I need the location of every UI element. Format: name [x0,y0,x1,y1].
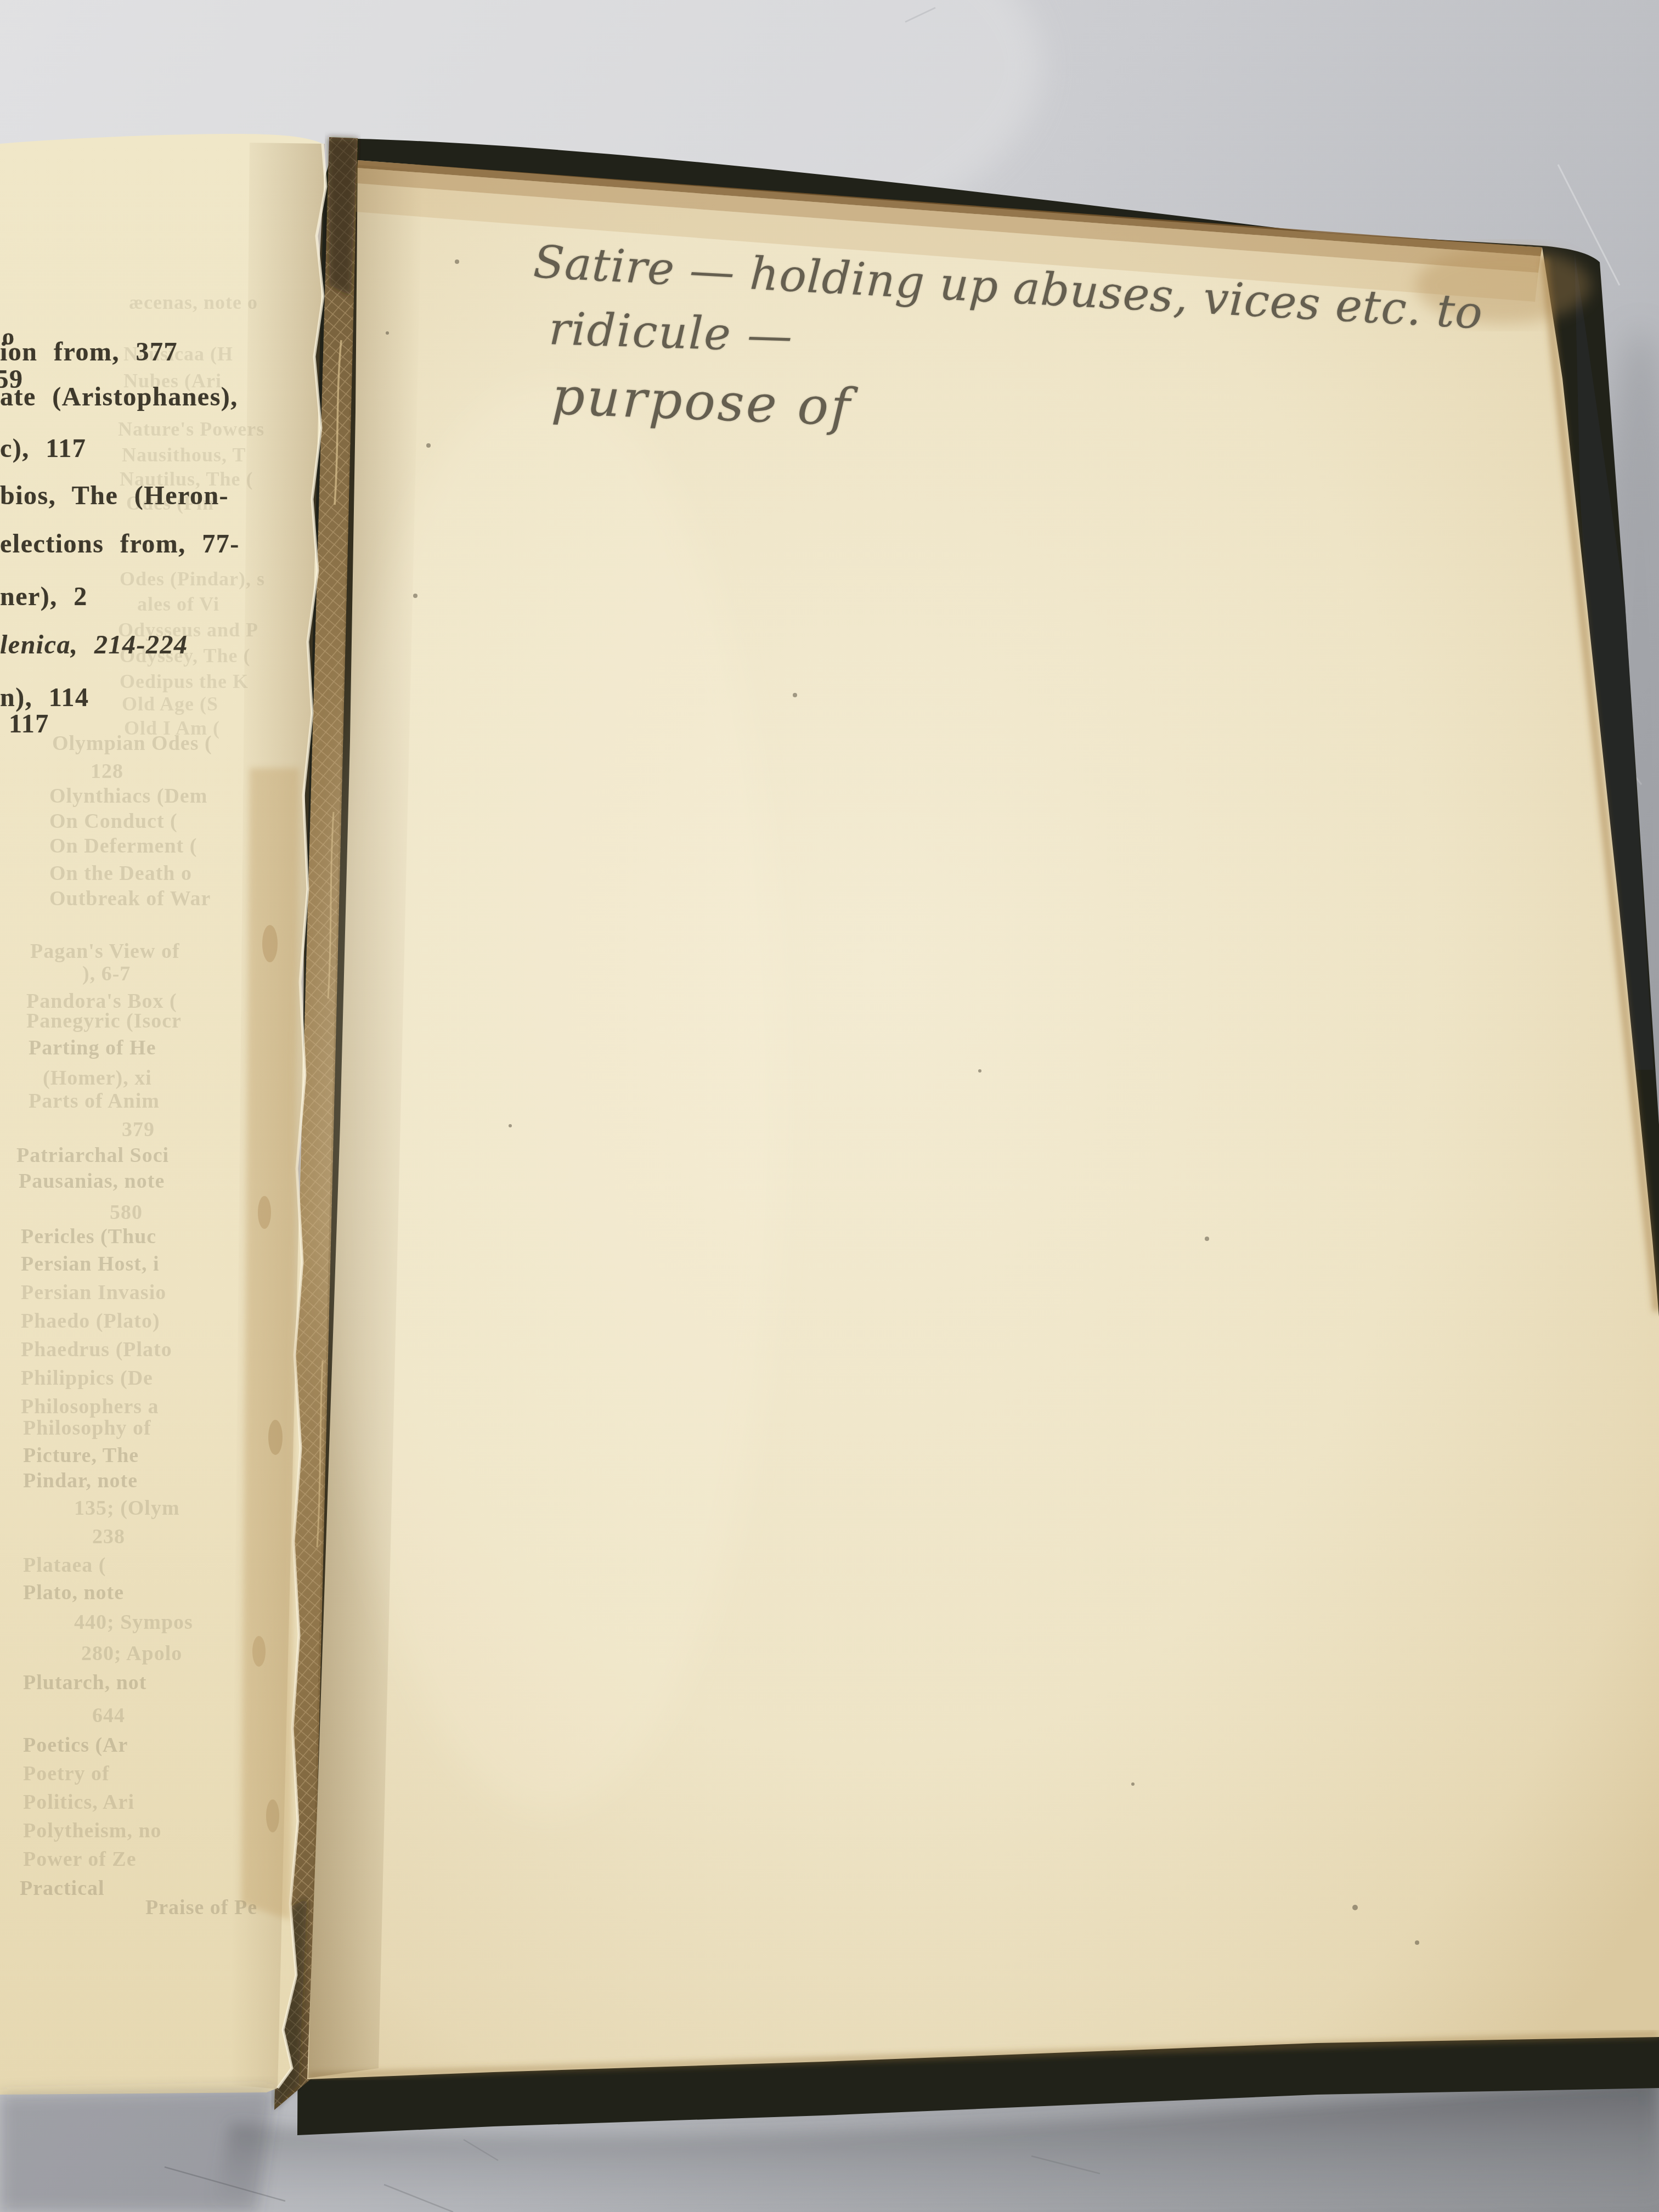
ghost-text-line: 280; Apolo [81,1641,182,1666]
ghost-text-line: Pausanias, note [19,1169,165,1193]
ghost-text-line: Odes (Pindar), s [120,567,265,590]
ghost-text-line: Parting of He [29,1036,156,1060]
ghost-text-line: Olynthiacs (Dem [49,784,207,808]
ghost-text-line: 128 [91,759,123,783]
ghost-text-line: Odysseus and P [118,618,258,641]
ghost-text-line: Oedipus the K [120,670,249,693]
ghost-text-line: Pagan's View of [30,939,180,963]
index-fragment: c), 117 [0,433,86,464]
ghost-text-line: Politics, Ari [23,1790,134,1814]
ghost-text-line: Philosophy of [23,1416,151,1440]
ghost-text-line: Power of Ze [23,1847,137,1871]
ghost-text-line: Picture, The [23,1443,139,1468]
index-fragment: elections from, 77- [0,529,240,559]
handwriting-line-3: purpose of [551,366,853,438]
ghost-text-line: Poetry of [23,1762,110,1786]
ghost-text-line: Philippics (De [21,1366,153,1390]
ghost-text-line: Phaedrus (Plato [21,1338,172,1362]
ghost-text-line: 644 [92,1703,125,1728]
index-fragment: 117 [9,709,49,739]
ghost-text-line: 440; Sympos [74,1610,193,1634]
ghost-text-line: Persian Host, i [21,1252,159,1276]
ghost-text-line: Nausicaa (H [123,342,233,365]
ghost-text-line: (Homer), xi [43,1066,152,1090]
ghost-text-line: Philosophers a [21,1395,159,1419]
ghost-text-line: Polytheism, no [23,1819,162,1843]
ghost-text-line: Pindar, note [23,1469,138,1493]
ghost-text-line: Olympian Odes ( [52,731,212,755]
ghost-text-line: Phaedo (Plato) [21,1309,160,1333]
ghost-text-line: Nature's Powers [118,417,264,441]
ghost-text-line: Nausithous, T [122,443,246,466]
index-fragment: ner), 2 [0,582,88,612]
ghost-text-line: Plataea ( [23,1553,106,1577]
ghost-text-line: Persian Invasio [21,1280,166,1305]
ghost-text-line: On Conduct ( [49,809,178,833]
ghost-text-line: 580 [110,1200,143,1224]
ghost-text-line: Odes (Pin [126,492,214,515]
ghost-text-line: 379 [122,1118,155,1142]
ghost-text-line: Praise of Pe [145,1895,257,1920]
ghost-text-line: On Deferment ( [49,834,197,858]
ghost-text-line: Parts of Anim [29,1089,160,1113]
ghost-text-line: ), 6-7 [82,962,131,986]
ghost-text-line: On the Death o [49,861,192,885]
ghost-text-line: Nautilus, The ( [120,467,253,490]
ghost-text-line: 238 [92,1525,125,1549]
right-page [307,160,1659,2079]
ghost-text-line: Pericles (Thuc [21,1224,156,1249]
ghost-text-line: Odyssey, The ( [120,644,250,667]
ghost-text-line: Plato, note [23,1581,124,1605]
ghost-text-line: Poetics (Ar [23,1733,128,1757]
handwriting-line-2: ridicule — [548,303,794,363]
ghost-text-line: Outbreak of War [49,887,211,911]
ghost-text-line: Nubes (Ari [123,369,222,392]
index-fragment: n), 114 [0,682,89,713]
ghost-text-line: Plutarch, not [23,1671,147,1695]
ghost-text-line: Old Age (S [122,692,218,715]
ghost-text-line: Practical [20,1876,105,1900]
ghost-text-line: Panegyric (Isocr [26,1009,182,1033]
ghost-text-line: æcenas, note o [129,291,258,314]
ghost-text-line: Patriarchal Soci [16,1143,169,1167]
book-photo: o ion from, 377 459 ate (Aristophanes), … [0,0,1659,2212]
ghost-text-line: ales of Vi [137,592,219,616]
ghost-text-line: 135; (Olym [74,1496,180,1520]
